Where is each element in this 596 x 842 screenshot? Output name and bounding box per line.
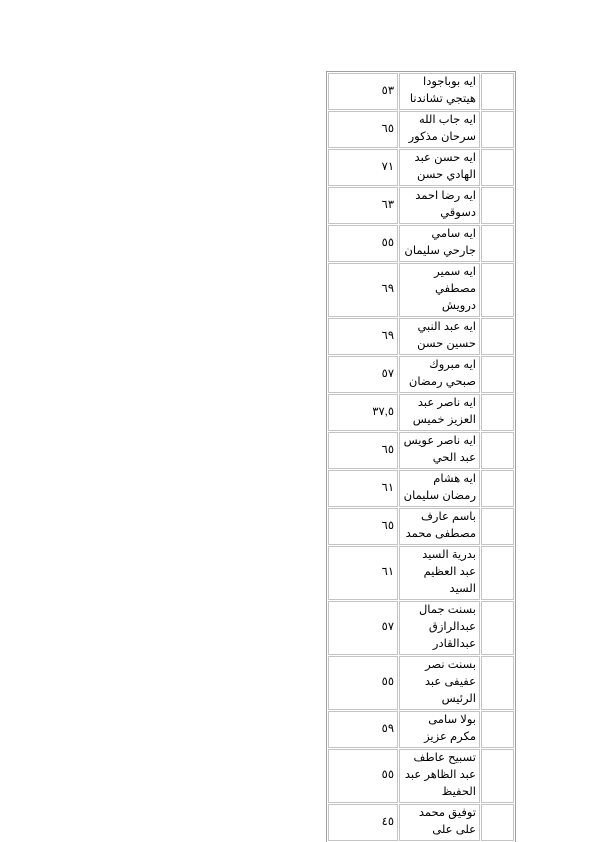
score-cell: ٤٥ [328,804,398,841]
student-name-cell: ايه سامي جارحي سليمان [399,225,480,262]
score-cell: ٦٣ [328,187,398,224]
blank-cell [481,111,514,148]
student-name-cell: ايه جاب الله سرحان مذكور [399,111,480,148]
table-row: توفيق محمد على على ٤٥ [328,804,514,841]
student-name-cell: بدرية السيد عبد العظيم السيد [399,546,480,600]
blank-cell [481,318,514,355]
grades-table-body: ايه بوباجودا هيتجي تشاندنا ٥٣ ايه جاب ال… [328,73,514,841]
student-name-cell: ايه حسن عبد الهادي حسن [399,149,480,186]
score-cell: ٦٥ [328,111,398,148]
table-row: ايه مبروك صبحي رمضان ٥٧ [328,356,514,393]
student-name-cell: بولا سامى مكرم عزيز [399,711,480,748]
blank-cell [481,432,514,469]
student-name-cell: ايه سمير مصطفي درويش [399,263,480,317]
score-cell: ٥٥ [328,225,398,262]
blank-cell [481,749,514,803]
score-cell: ٦١ [328,470,398,507]
student-name-cell: ايه بوباجودا هيتجي تشاندنا [399,73,480,110]
table-row: ايه عبد النبي حسين حسن ٦٩ [328,318,514,355]
blank-cell [481,546,514,600]
score-cell: ٣٧,٥ [328,394,398,431]
table-row: بسنت جمال عبدالرازق عبدالقادر ٥٧ [328,601,514,655]
score-cell: ٦١ [328,546,398,600]
table-row: ايه ناصر عبد العزيز خميس ٣٧,٥ [328,394,514,431]
score-cell: ٦٥ [328,432,398,469]
blank-cell [481,804,514,841]
blank-cell [481,356,514,393]
table-row: تسبيح عاطف عبد الظاهر عبد الحفيظ ٥٥ [328,749,514,803]
table-row: ايه حسن عبد الهادي حسن ٧١ [328,149,514,186]
table-row: ايه جاب الله سرحان مذكور ٦٥ [328,111,514,148]
score-cell: ٦٩ [328,263,398,317]
student-name-cell: ايه مبروك صبحي رمضان [399,356,480,393]
student-name-cell: باسم عارف مصطفى محمد [399,508,480,545]
score-cell: ٦٩ [328,318,398,355]
blank-cell [481,656,514,710]
blank-cell [481,394,514,431]
blank-cell [481,711,514,748]
blank-cell [481,149,514,186]
table-row: ايه هشام رمضان سليمان ٦١ [328,470,514,507]
blank-cell [481,225,514,262]
student-name-cell: ايه هشام رمضان سليمان [399,470,480,507]
blank-cell [481,73,514,110]
score-cell: ٥٩ [328,711,398,748]
student-name-cell: بسنت نصر عفيفى عبد الرئيس [399,656,480,710]
student-name-cell: ايه ناصر عويس عبد الحي [399,432,480,469]
score-cell: ٧١ [328,149,398,186]
table-row: ايه ناصر عويس عبد الحي ٦٥ [328,432,514,469]
table-row: ايه بوباجودا هيتجي تشاندنا ٥٣ [328,73,514,110]
blank-cell [481,187,514,224]
blank-cell [481,601,514,655]
table-row: بدرية السيد عبد العظيم السيد ٦١ [328,546,514,600]
score-cell: ٦٥ [328,508,398,545]
score-cell: ٥٧ [328,356,398,393]
score-cell: ٥٧ [328,601,398,655]
student-name-cell: ايه عبد النبي حسين حسن [399,318,480,355]
student-name-cell: ايه رضا احمد دسوقي [399,187,480,224]
grades-table: ايه بوباجودا هيتجي تشاندنا ٥٣ ايه جاب ال… [326,71,516,842]
table-row: بولا سامى مكرم عزيز ٥٩ [328,711,514,748]
table-row: ايه رضا احمد دسوقي ٦٣ [328,187,514,224]
score-cell: ٥٥ [328,656,398,710]
score-cell: ٥٥ [328,749,398,803]
table-row: باسم عارف مصطفى محمد ٦٥ [328,508,514,545]
student-name-cell: ايه ناصر عبد العزيز خميس [399,394,480,431]
student-name-cell: بسنت جمال عبدالرازق عبدالقادر [399,601,480,655]
blank-cell [481,508,514,545]
blank-cell [481,470,514,507]
student-name-cell: تسبيح عاطف عبد الظاهر عبد الحفيظ [399,749,480,803]
table-row: ايه سمير مصطفي درويش ٦٩ [328,263,514,317]
table-row: ايه سامي جارحي سليمان ٥٥ [328,225,514,262]
blank-cell [481,263,514,317]
score-cell: ٥٣ [328,73,398,110]
student-name-cell: توفيق محمد على على [399,804,480,841]
table-row: بسنت نصر عفيفى عبد الرئيس ٥٥ [328,656,514,710]
